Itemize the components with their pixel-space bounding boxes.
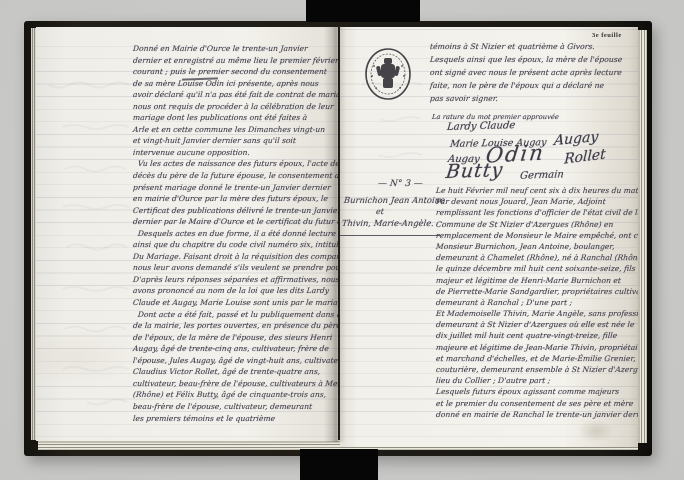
handwritten-line: Commune de St Nizier d'Azergues (Rhône) … (436, 219, 637, 230)
handwritten-line: Vu les actes de naissance des futurs épo… (132, 158, 337, 170)
handwritten-line: Dont acte a été fait, passé et lu publiq… (132, 309, 337, 321)
handwritten-line: Et Mademoiselle Thivin, Marie Angèle, sa… (436, 308, 637, 319)
handwritten-line: de Pierrette-Marie Sandgardier, propriét… (436, 286, 637, 297)
handwritten-line: Claudius Victor Rollet, âgé de trente-qu… (132, 366, 337, 378)
signature: Augay (553, 129, 599, 149)
handwritten-line: Claude et Augay, Marie Louise sont unis … (132, 297, 337, 309)
right-page: 3e feuille témoins à St Nizier et quatri… (340, 27, 638, 447)
signature: Butty (445, 159, 505, 183)
handwritten-line: l'épouse, Jules Augay, âgé de vingt-huit… (132, 355, 337, 367)
handwritten-line: beau-frère de l'épouse, cultivateur, dem… (132, 401, 337, 413)
handwritten-line: Lesquels futurs époux agissant comme maj… (436, 386, 637, 397)
handwritten-line: (Rhône) et Félix Butty, âgé de cinquante… (132, 389, 337, 401)
handwritten-line: remplissant les fonctions d'officier de … (436, 207, 637, 218)
handwritten-line: de sa mère Louise Odin ici présente, apr… (132, 78, 337, 90)
handwritten-line: et le premier du consentement de ses pèr… (436, 398, 637, 409)
handwritten-line: mariage dont les publications ont été fa… (132, 112, 337, 124)
handwritten-line: intervenue aucune opposition. (132, 147, 337, 159)
handwritten-line: nous leur avons demandé s'ils veulent se… (132, 262, 337, 274)
handwritten-line: Le huit Février mil neuf cent six à dix … (436, 185, 637, 196)
handwritten-line: de l'époux, de la mère de l'épouse, des … (132, 332, 337, 344)
handwritten-line: dix juillet mil huit cent quatre-vingt-t… (436, 330, 637, 341)
page-stack-edge-right (637, 30, 647, 443)
signature: Rollet (564, 146, 606, 167)
signature: Germain (519, 169, 564, 182)
handwritten-line: Augay, âgé de trente-cinq ans, cultivate… (132, 343, 337, 355)
handwritten-line: avons prononcé au nom de la loi que les … (132, 285, 337, 297)
handwritten-line: Par devant nous Jouard, Jean Marie, Adjo… (436, 196, 637, 207)
handwritten-line: Donné en Mairie d'Ource le trente-un Jan… (132, 43, 337, 55)
act-number: — N° 3 — (377, 179, 423, 189)
bride-name: Thivin, Marie-Angèle. (341, 218, 434, 228)
film-notch-top (306, 0, 420, 22)
handwritten-line: en mairie d'Ource par la mère des futurs… (132, 193, 337, 205)
handwritten-line: Certificat des publications délivré le t… (132, 205, 337, 217)
margin-underline (340, 235, 440, 236)
left-page-act-text: Donné en Mairie d'Ource le trente-un Jan… (133, 43, 337, 424)
handwritten-line: nous ont requis de procéder à la célébra… (132, 101, 337, 113)
left-page: Donné en Mairie d'Ource le trente-un Jan… (36, 27, 338, 441)
handwritten-line: cultivateur, beau-frère de l'épouse, cul… (132, 378, 337, 390)
handwritten-line: avoir déclaré qu'il n'a pas été fait de … (132, 89, 337, 101)
handwritten-line: majeure et légitime de Jean-Marie Thivin… (436, 342, 637, 353)
film-notch-bottom (300, 449, 378, 480)
handwritten-line: Desquels actes en due forme, il a été do… (132, 228, 337, 240)
handwritten-line: le quinze décembre mil huit cent soixant… (436, 263, 637, 274)
handwritten-line: dernier et enregistré au même lieu le pr… (132, 55, 337, 67)
handwritten-line: majeur et légitime de Henri-Marie Burnic… (436, 275, 637, 286)
handwritten-line: ainsi que du chapitre du code civil numé… (132, 239, 337, 251)
handwritten-line: décès du père de la future épouse, le co… (132, 170, 337, 182)
handwritten-line: présent mariage donné le trente-un Janvi… (132, 182, 337, 194)
register-book: Donné en Mairie d'Ource le trente-un Jan… (24, 21, 652, 456)
handwritten-line: lieu du Collier ; D'autre part ; (436, 375, 637, 386)
handwritten-line: dernier par le Maire d'Ource et le certi… (132, 216, 337, 228)
et-label: et (376, 207, 385, 216)
handwritten-line: Arle et en cette commune les Dimanches v… (132, 124, 337, 136)
scanned-register-photo: Donné en Mairie d'Ource le trente-un Jan… (0, 0, 684, 480)
handwritten-line: les premiers témoins et le quatrième (132, 413, 337, 425)
handwritten-line: demeurant à Chamelet (Rhône), né à Ranch… (436, 252, 637, 263)
handwritten-line: remplacement de Monsieur le Maire empêch… (436, 230, 637, 241)
handwritten-line: couturière, demeurant ensemble à St Nizi… (436, 364, 637, 375)
handwritten-line: de la mairie, les portes ouvertes, en pr… (132, 320, 337, 332)
handwritten-line: demeurant à Ranchal ; D'une part ; (436, 297, 637, 308)
handwritten-line: D'après leurs réponses séparées et affir… (132, 274, 337, 286)
handwritten-line: Du Mariage. Faisant droit à la réquisiti… (132, 251, 337, 263)
handwritten-line: et marchand d'échelles, et de Marie-Émil… (436, 353, 637, 364)
handwritten-line: donné en mairie de Ranchal le trente-un … (436, 409, 637, 420)
ink-bleedthrough (40, 57, 135, 427)
handwritten-line: demeurant à St Nizier d'Azergues où elle… (436, 319, 637, 330)
handwritten-line: courant ; puis le premier second du cons… (132, 66, 337, 78)
handwritten-line: Monsieur Burnichon, Jean Antoine, boulan… (436, 241, 637, 252)
right-page-act-text: Le huit Février mil neuf cent six à dix … (436, 185, 636, 420)
handwritten-line: et vingt-huit Janvier dernier sans qu'il… (132, 135, 337, 147)
groom-name: Burnichon Jean Antoine (343, 195, 445, 205)
signature: Lardy Claude (446, 120, 515, 133)
